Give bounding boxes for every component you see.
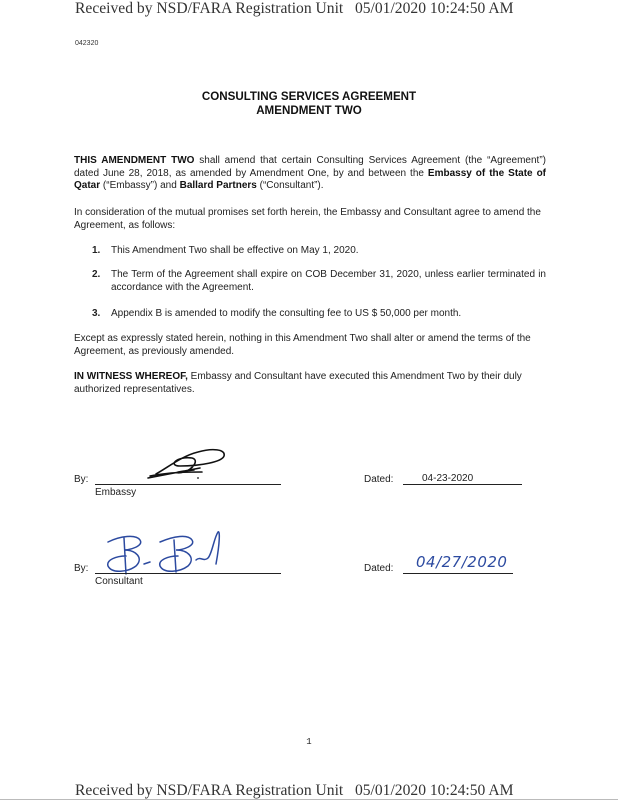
term-number: 2. bbox=[92, 269, 100, 282]
term-number: 3. bbox=[92, 308, 100, 321]
term-item: 3.Appendix B is amended to modify the co… bbox=[92, 308, 546, 321]
document-id: 042320 bbox=[75, 40, 98, 47]
embassy-by-label: By: bbox=[74, 474, 88, 485]
intro-lead: THIS AMENDMENT TWO bbox=[74, 155, 194, 166]
intro-paragraph: THIS AMENDMENT TWO shall amend that cert… bbox=[74, 155, 546, 193]
embassy-signature bbox=[140, 442, 240, 487]
consultant-party-label: Consultant bbox=[95, 576, 143, 587]
embassy-date-line bbox=[403, 484, 522, 485]
embassy-date: 04-23-2020 bbox=[422, 473, 473, 484]
fara-received-stamp-bottom: Received by NSD/FARA Registration Unit 0… bbox=[75, 782, 514, 800]
consultant-signature bbox=[100, 528, 240, 578]
consultant-date-line bbox=[403, 573, 513, 574]
document-title: CONSULTING SERVICES AGREEMENT AMENDMENT … bbox=[0, 90, 618, 118]
party-consultant: Ballard Partners bbox=[180, 180, 257, 191]
term-item: 2.The Term of the Agreement shall expire… bbox=[92, 269, 546, 294]
embassy-dated-label: Dated: bbox=[364, 474, 393, 485]
term-text: Appendix B is amended to modify the cons… bbox=[111, 308, 461, 319]
consultant-signature-line bbox=[95, 573, 281, 574]
fara-received-stamp-top: Received by NSD/FARA Registration Unit 0… bbox=[75, 0, 514, 18]
except-clause: Except as expressly stated herein, nothi… bbox=[74, 333, 546, 358]
consultant-date: 04/27/2020 bbox=[416, 553, 507, 571]
term-text: The Term of the Agreement shall expire o… bbox=[111, 269, 546, 293]
consultant-dated-label: Dated: bbox=[364, 563, 393, 574]
title-line-1: CONSULTING SERVICES AGREEMENT bbox=[0, 90, 618, 104]
term-text: This Amendment Two shall be effective on… bbox=[111, 245, 359, 256]
consultant-by-label: By: bbox=[74, 563, 88, 574]
title-line-2: AMENDMENT TWO bbox=[0, 104, 618, 118]
consideration-paragraph: In consideration of the mutual promises … bbox=[74, 207, 546, 232]
witness-lead: IN WITNESS WHEREOF, bbox=[74, 371, 188, 382]
intro-text-2: (“Embassy”) and bbox=[100, 180, 179, 191]
intro-text-3: (“Consultant”). bbox=[257, 180, 324, 191]
term-item: 1.This Amendment Two shall be effective … bbox=[92, 245, 546, 258]
embassy-signature-line bbox=[95, 484, 281, 485]
embassy-party-label: Embassy bbox=[95, 487, 136, 498]
term-number: 1. bbox=[92, 245, 100, 258]
witness-paragraph: IN WITNESS WHEREOF, Embassy and Consulta… bbox=[74, 371, 546, 396]
page-number: 1 bbox=[0, 737, 618, 747]
